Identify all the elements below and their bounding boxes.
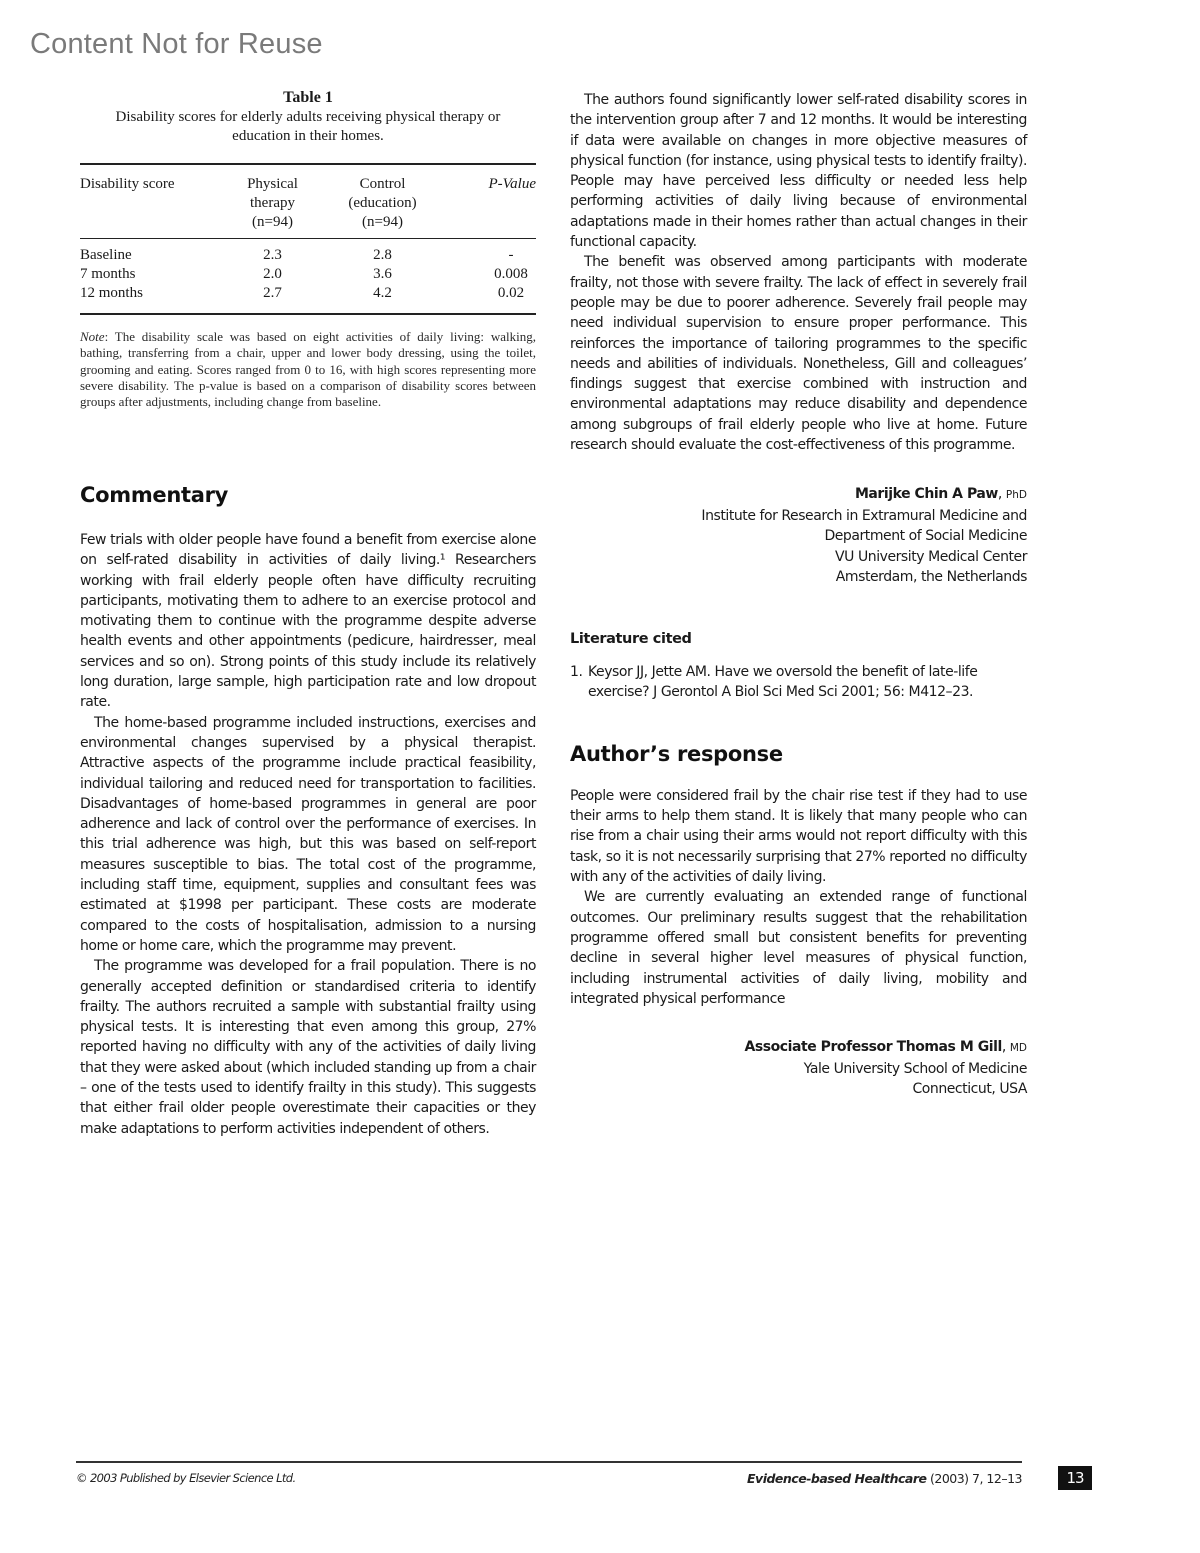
commentary-body: Few trials with older people have found … [80, 530, 536, 1139]
table-row: Baseline 2.3 2.8 - [80, 239, 536, 266]
header-control-education: Control (education) (n=94) [325, 164, 440, 239]
watermark: Content Not for Reuse [30, 28, 323, 61]
journal-citation: Evidence-based Healthcare (2003) 7, 12–1… [747, 1471, 1022, 1486]
table-row: 7 months 2.0 3.6 0.008 [80, 265, 536, 284]
table-note: Note: The disability scale was based on … [80, 329, 536, 410]
affiliation-line: Institute for Research in Extramural Med… [570, 506, 1027, 527]
response-author-signature: Associate Professor Thomas M Gill, MD Ya… [570, 1037, 1027, 1100]
affiliation-line: Amsterdam, the Netherlands [570, 567, 1027, 588]
author-degree: PhD [1006, 489, 1027, 501]
table-header-row: Disability score Physical therapy (n=94)… [80, 164, 536, 239]
page-number: 13 [1058, 1466, 1092, 1490]
response-paragraph: We are currently evaluating an extended … [570, 887, 1027, 1009]
author-degree: MD [1010, 1042, 1027, 1054]
commentary-continued: The authors found significantly lower se… [570, 90, 1027, 455]
commentary-paragraph: The authors found significantly lower se… [570, 90, 1027, 252]
authors-response-body: People were considered frail by the chai… [570, 786, 1027, 1009]
table-caption: Disability scores for elderly adults rec… [80, 108, 536, 146]
table-title: Table 1 [80, 88, 536, 108]
disability-scores-table: Disability score Physical therapy (n=94)… [80, 163, 536, 315]
author-name: Associate Professor Thomas M Gill [744, 1039, 1001, 1055]
response-paragraph: People were considered frail by the chai… [570, 786, 1027, 887]
table-1: Table 1 Disability scores for elderly ad… [80, 88, 536, 410]
left-column: Table 1 Disability scores for elderly ad… [80, 88, 536, 423]
commentary-author-signature: Marijke Chin A Paw, PhD Institute for Re… [570, 484, 1027, 588]
header-p-value: P-Value [440, 164, 536, 239]
literature-cited-heading: Literature cited [570, 631, 1027, 647]
header-disability-score: Disability score [80, 164, 220, 239]
affiliation-line: Yale University School of Medicine [570, 1059, 1027, 1080]
affiliation-line: Department of Social Medicine [570, 526, 1027, 547]
footer-divider [76, 1461, 1022, 1463]
commentary-paragraph: The benefit was observed among participa… [570, 252, 1027, 455]
author-name: Marijke Chin A Paw [855, 486, 998, 502]
authors-response-heading: Author’s response [570, 742, 1027, 766]
journal-title: Evidence-based Healthcare [747, 1471, 927, 1486]
header-physical-therapy: Physical therapy (n=94) [220, 164, 325, 239]
commentary-heading: Commentary [80, 483, 228, 507]
commentary-paragraph: Few trials with older people have found … [80, 530, 536, 713]
reference-item: 1.Keysor JJ, Jette AM. Have we oversold … [570, 662, 1027, 702]
commentary-paragraph: The programme was developed for a frail … [80, 956, 536, 1139]
commentary-paragraph: The home-based programme included instru… [80, 713, 536, 957]
table-row: 12 months 2.7 4.2 0.02 [80, 284, 536, 314]
right-column: The authors found significantly lower se… [570, 90, 1027, 1100]
affiliation-line: Connecticut, USA [570, 1079, 1027, 1100]
affiliation-line: VU University Medical Center [570, 547, 1027, 568]
copyright-notice: © 2003 Published by Elsevier Science Ltd… [76, 1471, 296, 1485]
reference-list: 1.Keysor JJ, Jette AM. Have we oversold … [570, 662, 1027, 702]
